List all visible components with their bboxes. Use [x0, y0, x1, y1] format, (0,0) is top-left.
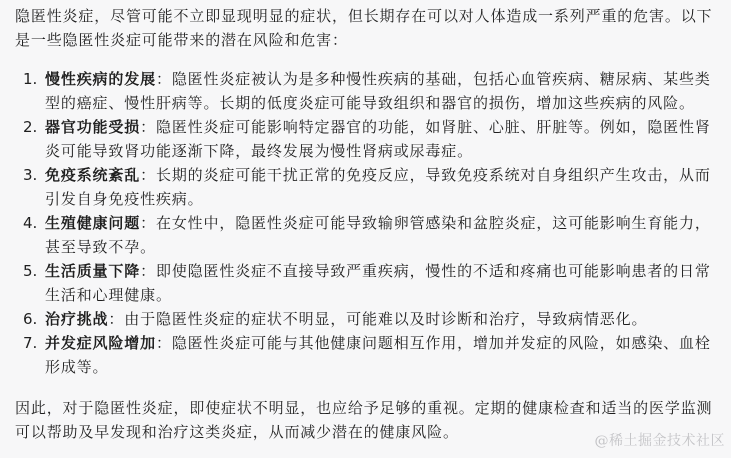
risk-list: 1.慢性疾病的发展：隐匿性炎症被认为是多种慢性疾病的基础，包括心血管疾病、糖尿病…	[15, 67, 721, 379]
list-item: 2.器官功能受损：隐匿性炎症可能影响特定器官的功能，如肾脏、心脏、肝脏等。例如，…	[15, 115, 721, 163]
list-number: 5.	[23, 259, 37, 283]
item-term: 生活质量下降	[45, 262, 140, 280]
item-separator: ：	[140, 166, 156, 184]
item-term: 慢性疾病的发展	[45, 70, 156, 88]
list-number: 1.	[23, 67, 37, 91]
list-item: 1.慢性疾病的发展：隐匿性炎症被认为是多种慢性疾病的基础，包括心血管疾病、糖尿病…	[15, 67, 721, 115]
list-item: 5.生活质量下降：即使隐匿性炎症不直接导致严重疾病，慢性的不适和疼痛也可能影响患…	[15, 259, 721, 307]
item-separator: ：	[156, 334, 172, 352]
list-number: 3.	[23, 163, 37, 187]
list-number: 7.	[23, 331, 37, 355]
item-separator: ：	[108, 310, 124, 328]
item-term: 生殖健康问题	[45, 214, 140, 232]
item-term: 器官功能受损	[45, 118, 140, 136]
intro-paragraph: 隐匿性炎症，尽管可能不立即显现明显的症状，但长期存在可以对人体造成一系列严重的危…	[15, 4, 721, 52]
item-separator: ：	[156, 70, 172, 88]
item-separator: ：	[140, 118, 156, 136]
watermark: @稀土掘金技术社区	[595, 430, 726, 450]
item-separator: ：	[140, 214, 156, 232]
item-text: 由于隐匿性炎症的症状不明显，可能难以及时诊断和治疗，导致病情恶化。	[124, 310, 647, 328]
item-term: 免疫系统紊乱	[45, 166, 140, 184]
answer-document: 隐匿性炎症，尽管可能不立即显现明显的症状，但长期存在可以对人体造成一系列严重的危…	[15, 4, 721, 444]
list-item: 4.生殖健康问题：在女性中，隐匿性炎症可能导致输卵管感染和盆腔炎症，这可能影响生…	[15, 211, 721, 259]
list-number: 4.	[23, 211, 37, 235]
list-item: 6.治疗挑战：由于隐匿性炎症的症状不明显，可能难以及时诊断和治疗，导致病情恶化。	[15, 307, 721, 331]
item-term: 并发症风险增加	[45, 334, 156, 352]
list-item: 3.免疫系统紊乱：长期的炎症可能干扰正常的免疫反应，导致免疫系统对自身组织产生攻…	[15, 163, 721, 211]
list-number: 6.	[23, 307, 37, 331]
list-number: 2.	[23, 115, 37, 139]
item-separator: ：	[140, 262, 156, 280]
list-item: 7.并发症风险增加：隐匿性炎症可能与其他健康问题相互作用，增加并发症的风险，如感…	[15, 331, 721, 379]
item-term: 治疗挑战	[45, 310, 108, 328]
